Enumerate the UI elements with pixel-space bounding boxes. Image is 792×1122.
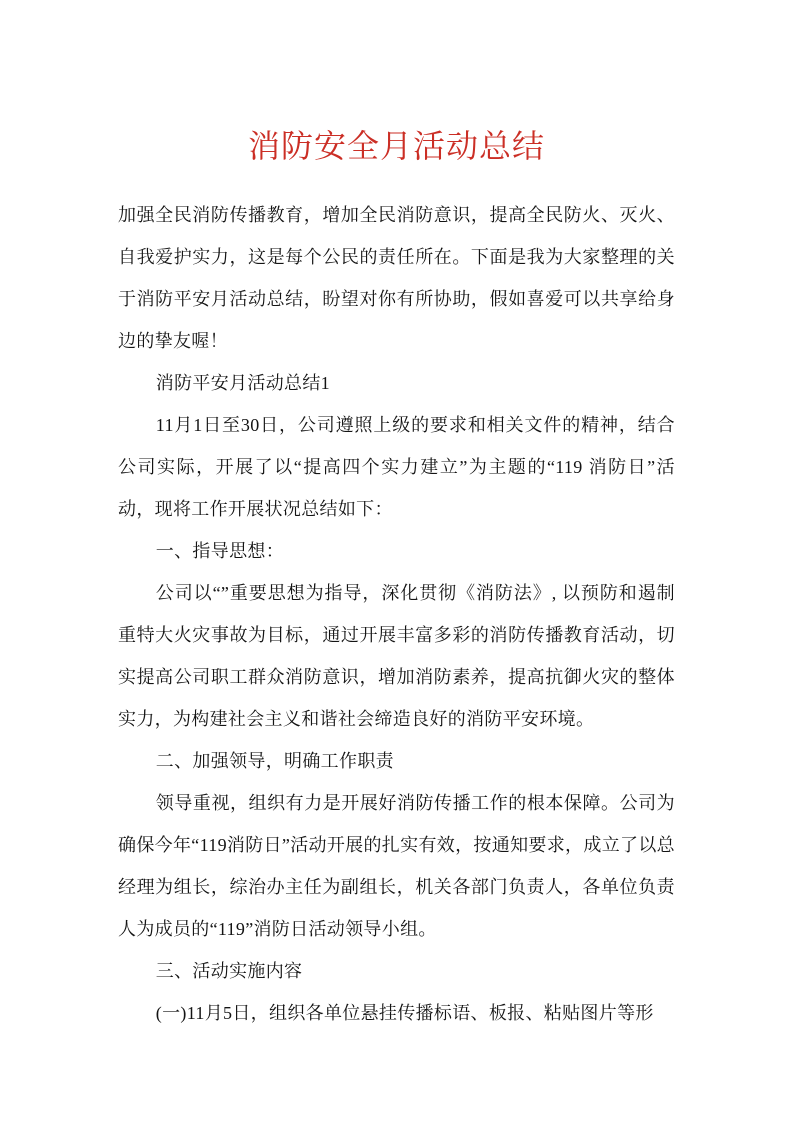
heading-strengthen-leadership: 二、加强领导，明确工作职责	[118, 740, 675, 782]
paragraph-guiding-ideology: 公司以“”重要思想为指导，深化贯彻《消防法》, 以预防和遏制重特大火灾事故为目标…	[118, 572, 675, 740]
paragraph-activity-item-1: (一)11月5日，组织各单位悬挂传播标语、板报、粘贴图片等形	[118, 992, 675, 1034]
heading-activity-content: 三、活动实施内容	[118, 950, 675, 992]
intro-paragraph: 加强全民消防传播教育，增加全民消防意识，提高全民防火、灭火、自我爱护实力，这是每…	[118, 194, 675, 362]
document-page: 消防安全月活动总结 加强全民消防传播教育，增加全民消防意识，提高全民防火、灭火、…	[0, 0, 792, 1122]
heading-guiding-ideology: 一、指导思想：	[118, 530, 675, 572]
subtitle-summary-1: 消防平安月活动总结1	[118, 362, 675, 404]
document-title: 消防安全月活动总结	[118, 126, 675, 166]
paragraph-leadership: 领导重视，组织有力是开展好消防传播工作的根本保障。公司为确保今年“119消防日”…	[118, 782, 675, 950]
overview-paragraph: 11月1日至30日，公司遵照上级的要求和相关文件的精神，结合公司实际，开展了以“…	[118, 404, 675, 530]
document-body: 加强全民消防传播教育，增加全民消防意识，提高全民防火、灭火、自我爱护实力，这是每…	[118, 194, 675, 1034]
